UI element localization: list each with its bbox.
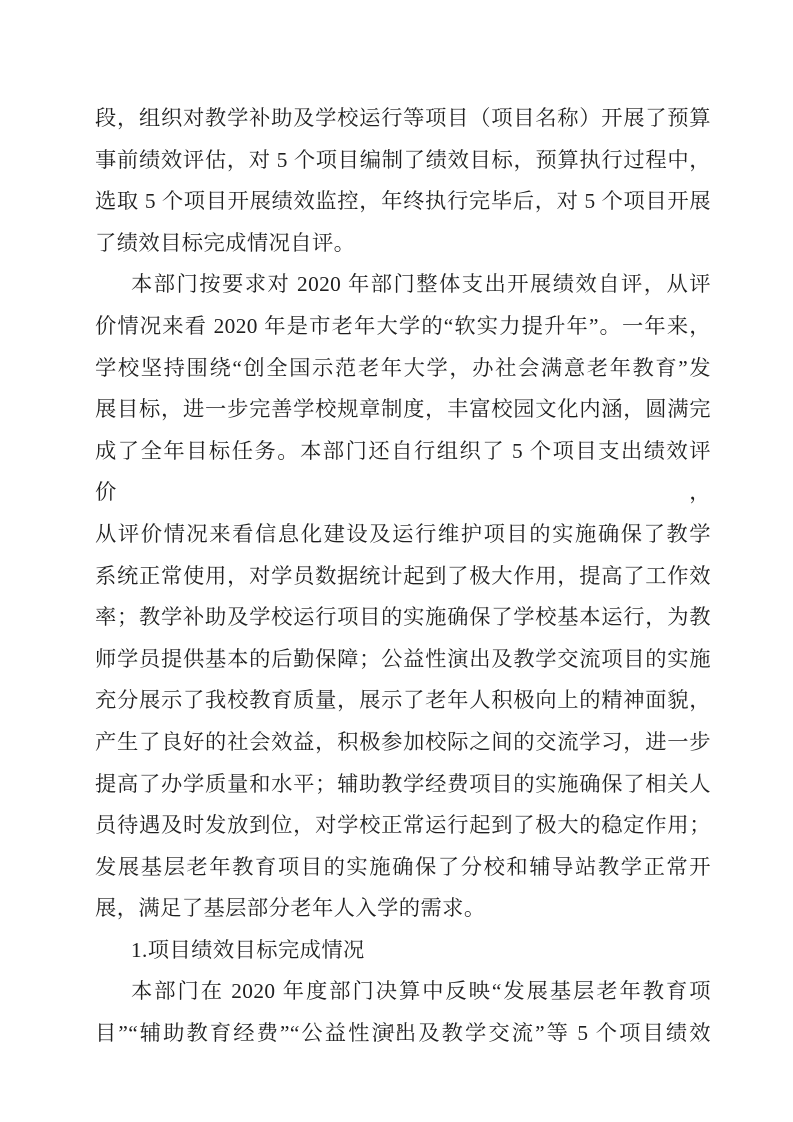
- text-line: 成了全年目标任务。本部门还自行组织了 5 个项目支出绩效评价，: [95, 431, 711, 514]
- text-line: 事前绩效评估，对 5 个项目编制了绩效目标，预算执行过程中，: [95, 140, 711, 182]
- text-line: 师学员提供基本的后勤保障；公益性演出及教学交流项目的实施: [95, 639, 711, 681]
- text-line: 段，组织对教学补助及学校运行等项目（项目名称）开展了预算: [95, 98, 711, 140]
- text-line: 了绩效目标完成情况自评。: [95, 223, 711, 265]
- page-number: 13: [0, 1022, 793, 1038]
- text-line: 学校坚持围绕“创全国示范老年大学，办社会满意老年教育”发: [95, 348, 711, 390]
- section-heading-1: 1.项目绩效目标完成情况: [95, 930, 711, 972]
- text-line: 价情况来看 2020 年是市老年大学的“软实力提升年”。一年来，: [95, 306, 711, 348]
- text-line: 本部门按要求对 2020 年部门整体支出开展绩效自评，从评: [95, 264, 711, 306]
- text-line: 系统正常使用，对学员数据统计起到了极大作用，提高了工作效: [95, 556, 711, 598]
- text-line: 充分展示了我校教育质量，展示了老年人积极向上的精神面貌，: [95, 680, 711, 722]
- text-line: 选取 5 个项目开展绩效监控，年终执行完毕后，对 5 个项目开展: [95, 181, 711, 223]
- text-line: 从评价情况来看信息化建设及运行维护项目的实施确保了教学: [95, 514, 711, 556]
- text-line: 展目标，进一步完善学校规章制度，丰富校园文化内涵，圆满完: [95, 389, 711, 431]
- text-line: 本部门在 2020 年度部门决算中反映“发展基层老年教育项: [95, 971, 711, 1013]
- text-line: 员待遇及时发放到位，对学校正常运行起到了极大的稳定作用；: [95, 805, 711, 847]
- text-line: 产生了良好的社会效益，积极参加校际之间的交流学习，进一步: [95, 722, 711, 764]
- text-line: 发展基层老年教育项目的实施确保了分校和辅导站教学正常开: [95, 847, 711, 889]
- document-page: 段，组织对教学补助及学校运行等项目（项目名称）开展了预算 事前绩效评估，对 5 …: [0, 0, 793, 1122]
- text-line: 率；教学补助及学校运行项目的实施确保了学校基本运行，为教: [95, 597, 711, 639]
- text-line: 提高了办学质量和水平；辅助教学经费项目的实施确保了相关人: [95, 764, 711, 806]
- text-line: 展，满足了基层部分老年人入学的需求。: [95, 888, 711, 930]
- document-text-block: 段，组织对教学补助及学校运行等项目（项目名称）开展了预算 事前绩效评估，对 5 …: [95, 98, 711, 1055]
